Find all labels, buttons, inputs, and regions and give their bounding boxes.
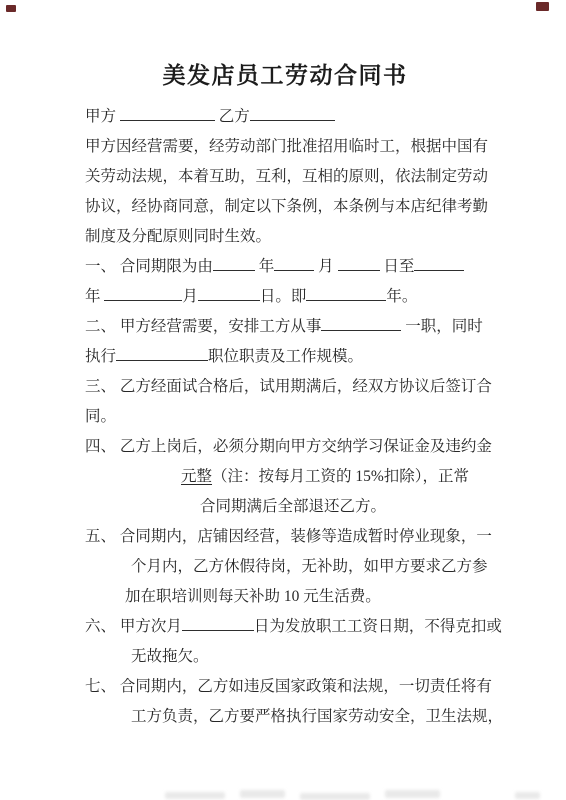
document-line: 执行职位职责及工作规模。 <box>85 342 485 372</box>
blank-underline <box>414 257 464 271</box>
document-line: 个月内，乙方休假待岗，无补助，如甲方要求乙方参 <box>131 552 485 582</box>
text-run: 月 <box>182 288 198 305</box>
document-line: 同。 <box>85 402 485 432</box>
text-run: 日至 <box>380 258 415 275</box>
text-run: 一、 合同期限为由 <box>85 258 213 275</box>
text-run: 二、 甲方经营需要，安排工方从事 <box>85 318 321 335</box>
clause-4-line: 四、 乙方上岗后，必须分期向甲方交纳学习保证金及违约金 <box>85 432 485 462</box>
text-run: 甲方因经营需要，经劳动部门批准招用临时工，根据中国有 <box>85 138 488 155</box>
document-line: 制度及分配原则同时生效。 <box>85 222 485 252</box>
document-line: 元整（注：按每月工资的 15%扣除），正常 <box>181 462 485 492</box>
text-run: 关劳动法规，本着互助，互利，互相的原则，依法制定劳动 <box>85 168 488 185</box>
underlined-text-run: 元整 <box>181 468 212 485</box>
document-line: 年 月日。即年。 <box>85 282 485 312</box>
blank-underline <box>338 257 380 271</box>
contract-page: 美发店员工劳动合同书 甲方 乙方甲方因经营需要，经劳动部门批准招用临时工，根据中… <box>0 0 566 800</box>
scan-artifact-bottom <box>165 792 225 799</box>
text-run: 一职，同时 <box>401 318 482 335</box>
text-run: （注：按每月工资的 15%扣除），正常 <box>212 468 469 485</box>
document-content: 美发店员工劳动合同书 甲方 乙方甲方因经营需要，经劳动部门批准招用临时工，根据中… <box>85 58 485 732</box>
text-run: 合同期满后全部退还乙方。 <box>200 498 386 515</box>
blank-underline <box>120 107 215 121</box>
blank-underline <box>306 287 386 301</box>
scan-artifact-bottom <box>385 790 440 798</box>
text-run: 执行 <box>85 348 116 365</box>
blank-underline <box>274 257 314 271</box>
text-run: 无故拖欠。 <box>131 648 209 665</box>
text-run: 月 <box>314 258 337 275</box>
scan-artifact-bottom <box>515 792 540 799</box>
blank-underline <box>116 347 208 361</box>
blank-underline <box>198 287 260 301</box>
text-run: 年。 <box>386 288 417 305</box>
text-run: 工方负责，乙方要严格执行国家劳动安全，卫生法规， <box>131 708 503 725</box>
document-line: 协议，经协商同意，制定以下条例，本条例与本店纪律考勤 <box>85 192 485 222</box>
clause-7-line: 七、 合同期内，乙方如违反国家政策和法规，一切责任将有 <box>85 672 485 702</box>
clause-5-line: 五、 合同期内，店铺因经营，装修等造成暂时停业现象，一 <box>85 522 485 552</box>
document-body: 甲方 乙方甲方因经营需要，经劳动部门批准招用临时工，根据中国有关劳动法规，本着互… <box>85 102 485 732</box>
text-run: 年 <box>255 258 274 275</box>
document-line: 加在职培训则每天补助 10 元生活费。 <box>125 582 485 612</box>
blank-underline <box>213 257 255 271</box>
text-run: 协议，经协商同意，制定以下条例，本条例与本店纪律考勤 <box>85 198 488 215</box>
text-run: 日为发放职工工资日期，不得克扣或 <box>254 618 502 635</box>
document-line: 无故拖欠。 <box>131 642 485 672</box>
text-run: 六、 甲方次月 <box>85 618 182 635</box>
text-run: 职位职责及工作规模。 <box>208 348 363 365</box>
text-run: 年 <box>85 288 104 305</box>
scan-artifact-top-right-icon <box>536 2 549 11</box>
blank-underline <box>321 317 401 331</box>
blank-underline <box>104 287 182 301</box>
text-run: 三、 乙方经面试合格后，试用期满后，经双方协议后签订合 <box>85 378 492 395</box>
party-line: 甲方 乙方 <box>85 102 485 132</box>
document-line: 关劳动法规，本着互助，互利，互相的原则，依法制定劳动 <box>85 162 485 192</box>
text-run: 甲方 <box>85 108 120 125</box>
clause-6-line: 六、 甲方次月日为发放职工工资日期，不得克扣或 <box>85 612 485 642</box>
document-line: 甲方因经营需要，经劳动部门批准招用临时工，根据中国有 <box>85 132 485 162</box>
text-run: 制度及分配原则同时生效。 <box>85 228 271 245</box>
blank-underline <box>250 107 335 121</box>
scan-artifact-bottom <box>300 793 370 800</box>
text-run: 加在职培训则每天补助 10 元生活费。 <box>125 588 381 605</box>
document-title: 美发店员工劳动合同书 <box>85 58 485 94</box>
text-run: 七、 合同期内，乙方如违反国家政策和法规，一切责任将有 <box>85 678 492 695</box>
clause-1-line: 一、 合同期限为由 年 月 日至 <box>85 252 485 282</box>
clause-3-line: 三、 乙方经面试合格后，试用期满后，经双方协议后签订合 <box>85 372 485 402</box>
text-run: 日。即 <box>260 288 307 305</box>
text-run: 个月内，乙方休假待岗，无补助，如甲方要求乙方参 <box>131 558 488 575</box>
blank-underline <box>182 617 254 631</box>
text-run: 乙方 <box>215 108 250 125</box>
clause-2-line: 二、 甲方经营需要，安排工方从事 一职，同时 <box>85 312 485 342</box>
text-run: 五、 合同期内，店铺因经营，装修等造成暂时停业现象，一 <box>85 528 492 545</box>
scan-artifact-top-left-icon <box>6 5 16 12</box>
scan-artifact-bottom <box>240 790 285 798</box>
document-line: 工方负责，乙方要严格执行国家劳动安全，卫生法规， <box>131 702 485 732</box>
text-run: 同。 <box>85 408 116 425</box>
text-run: 四、 乙方上岗后，必须分期向甲方交纳学习保证金及违约金 <box>85 438 492 455</box>
document-line: 合同期满后全部退还乙方。 <box>200 492 485 522</box>
